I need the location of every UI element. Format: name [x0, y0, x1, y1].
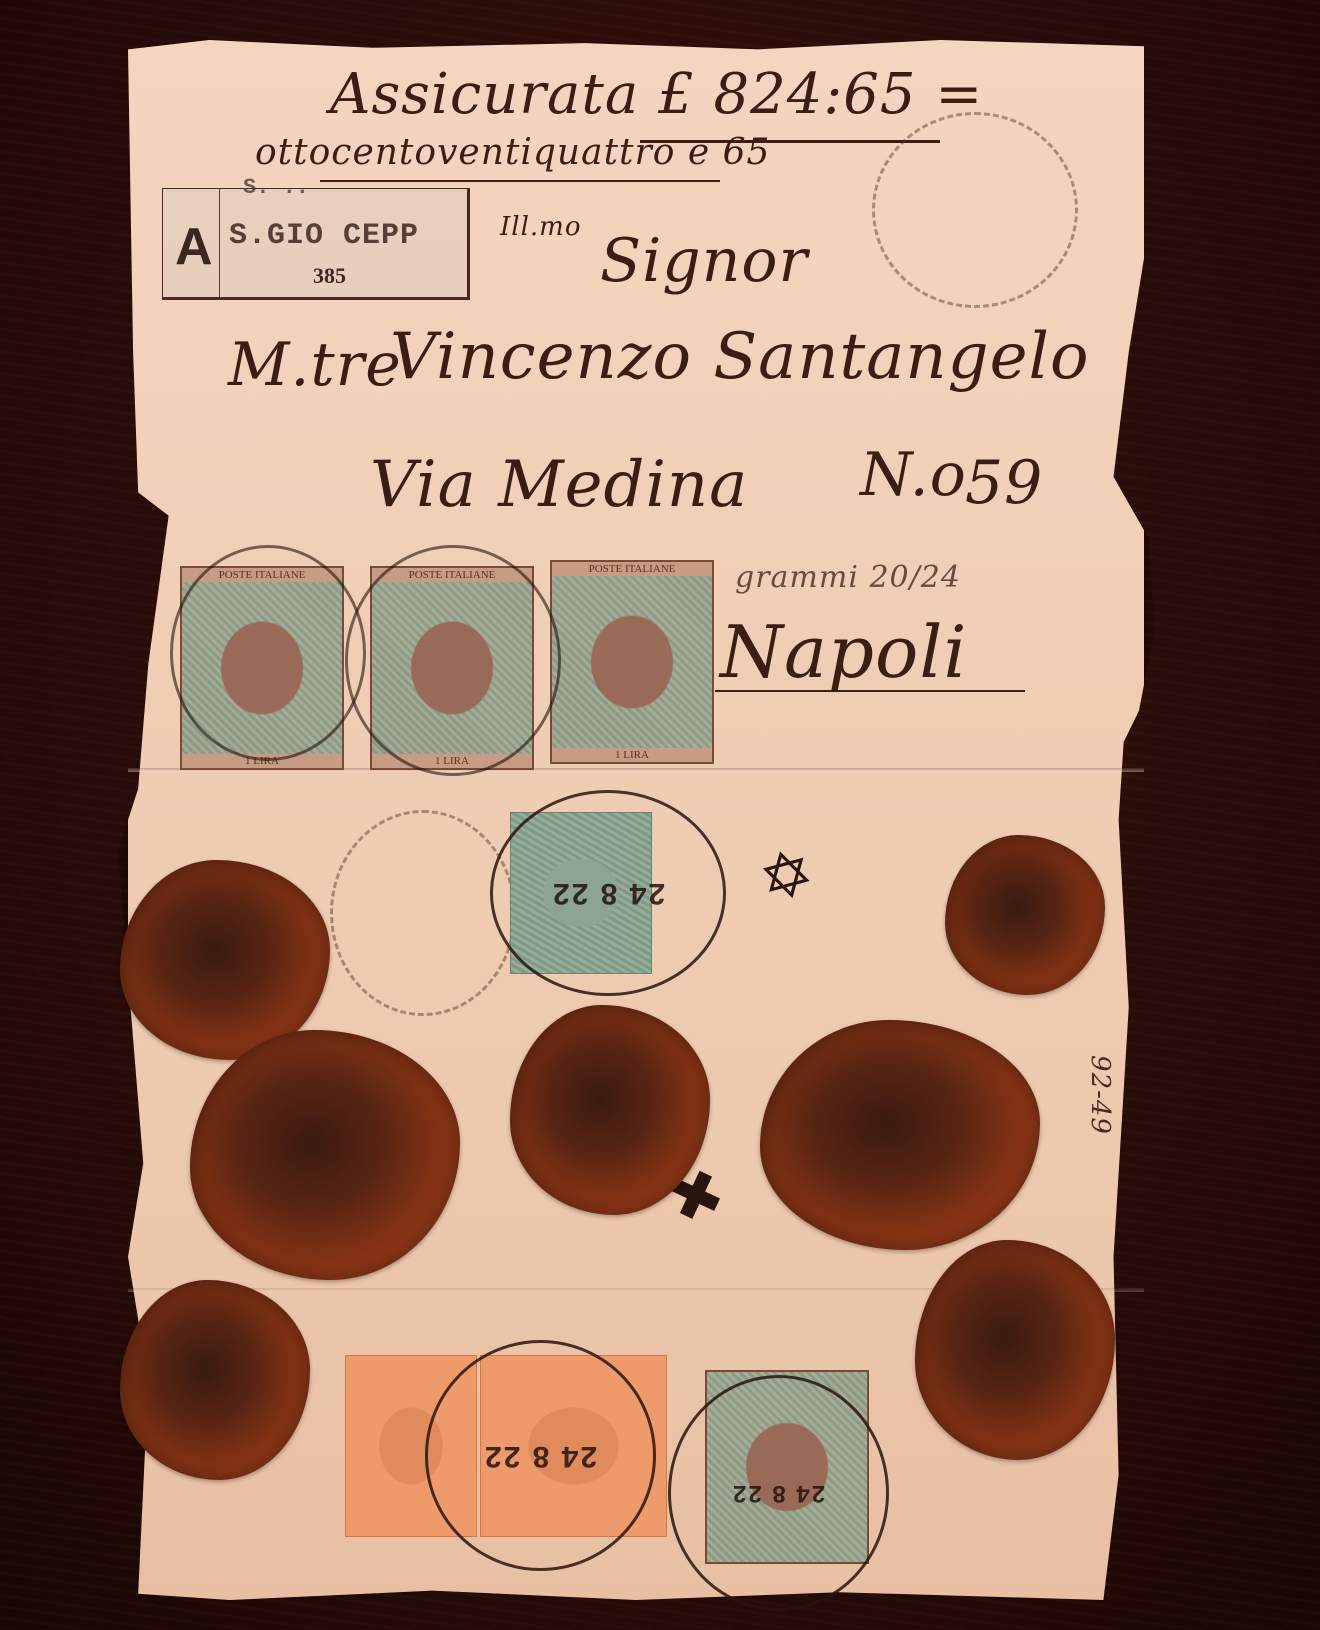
registration-label: A S. .. S.GIO CEPP 385	[162, 188, 470, 300]
registration-office: S.GIO CEPP	[229, 219, 419, 253]
postmark-lower-left: 24 8 22	[425, 1340, 656, 1571]
underline	[320, 180, 720, 182]
city: Napoli	[720, 610, 967, 694]
postmark	[345, 545, 561, 776]
insured-declaration: Assicurata £ 824:65 =	[330, 62, 983, 127]
number-label: N.o	[860, 440, 967, 510]
weight-note: grammi 20/24	[735, 560, 961, 595]
underline	[715, 690, 1025, 692]
postmark-lower-right: 24 8 22	[668, 1375, 889, 1611]
amount-in-words: ottocentoventiquattro e 65	[255, 132, 770, 173]
postmark	[170, 545, 366, 761]
side-note: 92-49	[1085, 1055, 1115, 1135]
registration-office-top: S. ..	[243, 175, 309, 200]
recipient-name: Vincenzo Santangelo	[390, 320, 1089, 394]
salutation: Signor	[600, 226, 808, 296]
postmark-faint	[330, 810, 516, 1016]
divider	[219, 189, 220, 297]
registration-letter: A	[175, 217, 213, 277]
salutation-prefix: Ill.mo	[500, 212, 581, 242]
stamp-1-lira: POSTE ITALIANE 1 LIRA	[550, 560, 714, 764]
title-abbrev: M.tre	[228, 330, 402, 400]
postmark-top-right	[872, 112, 1078, 308]
street-number: 59	[965, 448, 1043, 518]
postmark-middle: 24 8 22	[490, 790, 726, 996]
registration-number: 385	[313, 263, 346, 289]
street-address: Via Medina	[370, 448, 748, 522]
